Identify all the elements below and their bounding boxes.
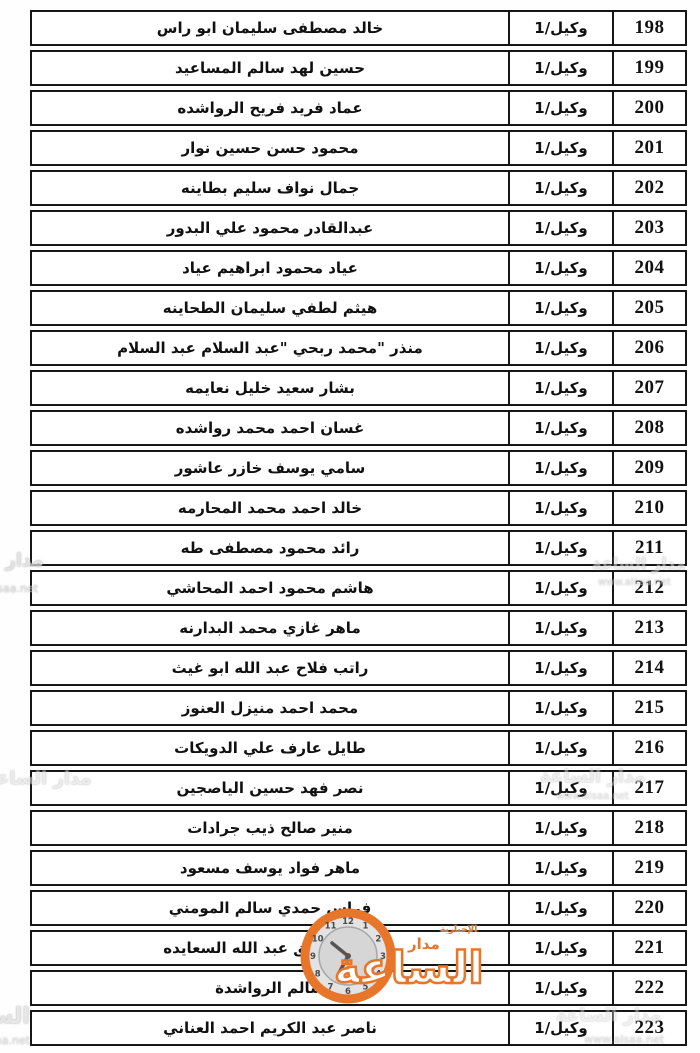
table-row: 216 وكيل/1 طايل عارف علي الدويكات — [30, 730, 687, 766]
name-cell: نصر فهد حسين الياصجين — [32, 772, 508, 804]
row-number-cell: 206 — [612, 332, 685, 364]
name-cell: عماد فريد فريح الرواشده — [32, 92, 508, 124]
name-cell: فراس حمدي سالم المومني — [32, 892, 508, 924]
row-number-cell: 208 — [612, 412, 685, 444]
name-cell: سالم الرواشدة — [32, 972, 508, 1004]
rank-cell: وكيل/1 — [508, 132, 612, 164]
name-cell: احمد مطلق عبد الله السعايده — [32, 932, 508, 964]
name-cell: ماهر غازي محمد البدارنه — [32, 612, 508, 644]
edge-watermark-text: الساعة — [0, 1004, 30, 1029]
name-cell: رائد محمود مصطفى طه — [32, 532, 508, 564]
table-row: 203 وكيل/1 عبدالقادر محمود علي البدور — [30, 210, 687, 246]
row-number-cell: 211 — [612, 532, 685, 564]
rank-cell: وكيل/1 — [508, 492, 612, 524]
rank-cell: وكيل/1 — [508, 892, 612, 924]
row-number-cell: 203 — [612, 212, 685, 244]
row-number-cell: 219 — [612, 852, 685, 884]
rank-cell: وكيل/1 — [508, 732, 612, 764]
row-number-cell: 199 — [612, 52, 685, 84]
rank-cell: وكيل/1 — [508, 252, 612, 284]
rank-cell: وكيل/1 — [508, 92, 612, 124]
name-cell: عبدالقادر محمود علي البدور — [32, 212, 508, 244]
rank-cell: وكيل/1 — [508, 852, 612, 884]
name-cell: خالد احمد محمد المحارمه — [32, 492, 508, 524]
name-cell: غسان احمد محمد رواشده — [32, 412, 508, 444]
rank-cell: وكيل/1 — [508, 12, 612, 44]
table-row: 223 وكيل/1 ناصر عبد الكريم احمد العناني — [30, 1010, 687, 1046]
table-row: 207 وكيل/1 بشار سعيد خليل نعايمه — [30, 370, 687, 406]
rank-cell: وكيل/1 — [508, 572, 612, 604]
name-cell: سامي يوسف خازر عاشور — [32, 452, 508, 484]
table-row: 220 وكيل/1 فراس حمدي سالم المومني — [30, 890, 687, 926]
table-row: 214 وكيل/1 راتب فلاح عبد الله ابو غيث — [30, 650, 687, 686]
table-row: 204 وكيل/1 عياد محمود ابراهيم عياد — [30, 250, 687, 286]
table-row: 208 وكيل/1 غسان احمد محمد رواشده — [30, 410, 687, 446]
rank-cell: وكيل/1 — [508, 692, 612, 724]
row-number-cell: 221 — [612, 932, 685, 964]
table-row: 217 وكيل/1 نصر فهد حسين الياصجين — [30, 770, 687, 806]
table-row: 221 وكيل/1 احمد مطلق عبد الله السعايده — [30, 930, 687, 966]
rank-cell: وكيل/1 — [508, 612, 612, 644]
row-number-cell: 207 — [612, 372, 685, 404]
rank-cell: وكيل/1 — [508, 932, 612, 964]
table-row: 213 وكيل/1 ماهر غازي محمد البدارنه — [30, 610, 687, 646]
row-number-cell: 218 — [612, 812, 685, 844]
row-number-cell: 210 — [612, 492, 685, 524]
rank-cell: وكيل/1 — [508, 812, 612, 844]
row-number-cell: 215 — [612, 692, 685, 724]
rank-cell: وكيل/1 — [508, 452, 612, 484]
row-number-cell: 202 — [612, 172, 685, 204]
name-cell: محمد احمد منيزل العنوز — [32, 692, 508, 724]
name-cell: راتب فلاح عبد الله ابو غيث — [32, 652, 508, 684]
row-number-cell: 212 — [612, 572, 685, 604]
name-cell: ناصر عبد الكريم احمد العناني — [32, 1012, 508, 1044]
name-cell: منذر "محمد ربحي "عبد السلام عبد السلام — [32, 332, 508, 364]
row-number-cell: 209 — [612, 452, 685, 484]
rank-cell: وكيل/1 — [508, 372, 612, 404]
name-cell: خالد مصطفى سليمان ابو راس — [32, 12, 508, 44]
name-cell: هاشم محمود احمد المحاشي — [32, 572, 508, 604]
table-row: 199 وكيل/1 حسين لهد سالم المساعيد — [30, 50, 687, 86]
name-cell: منير صالح ذيب جرادات — [32, 812, 508, 844]
rank-cell: وكيل/1 — [508, 52, 612, 84]
table-row: 222 وكيل/1 سالم الرواشدة — [30, 970, 687, 1006]
name-cell: محمود حسن حسين نوار — [32, 132, 508, 164]
table-row: 212 وكيل/1 هاشم محمود احمد المحاشي — [30, 570, 687, 606]
rank-cell: وكيل/1 — [508, 332, 612, 364]
row-number-cell: 214 — [612, 652, 685, 684]
rank-cell: وكيل/1 — [508, 1012, 612, 1044]
edge-watermark-url: www.alsaa.net — [0, 1034, 30, 1047]
row-number-cell: 220 — [612, 892, 685, 924]
row-number-cell: 201 — [612, 132, 685, 164]
table-row: 205 وكيل/1 هيثم لطفي سليمان الطحاينه — [30, 290, 687, 326]
row-number-cell: 217 — [612, 772, 685, 804]
rank-cell: وكيل/1 — [508, 652, 612, 684]
rank-cell: وكيل/1 — [508, 212, 612, 244]
rank-cell: وكيل/1 — [508, 972, 612, 1004]
name-cell: ماهر فواد يوسف مسعود — [32, 852, 508, 884]
table-row: 206 وكيل/1 منذر "محمد ربحي "عبد السلام ع… — [30, 330, 687, 366]
row-number-cell: 223 — [612, 1012, 685, 1044]
table-row: 218 وكيل/1 منير صالح ذيب جرادات — [30, 810, 687, 846]
table-row: 200 وكيل/1 عماد فريد فريح الرواشده — [30, 90, 687, 126]
table-row: 210 وكيل/1 خالد احمد محمد المحارمه — [30, 490, 687, 526]
name-cell: هيثم لطفي سليمان الطحاينه — [32, 292, 508, 324]
row-number-cell: 200 — [612, 92, 685, 124]
rank-cell: وكيل/1 — [508, 292, 612, 324]
rank-cell: وكيل/1 — [508, 172, 612, 204]
rank-cell: وكيل/1 — [508, 772, 612, 804]
name-cell: طايل عارف علي الدويكات — [32, 732, 508, 764]
row-number-cell: 205 — [612, 292, 685, 324]
table-row: 201 وكيل/1 محمود حسن حسين نوار — [30, 130, 687, 166]
name-cell: جمال نواف سليم بطاينه — [32, 172, 508, 204]
staff-rank-table: 198 وكيل/1 خالد مصطفى سليمان ابو راس 199… — [30, 10, 687, 1046]
name-cell: عياد محمود ابراهيم عياد — [32, 252, 508, 284]
row-number-cell: 213 — [612, 612, 685, 644]
name-cell: بشار سعيد خليل نعايمه — [32, 372, 508, 404]
table-row: 215 وكيل/1 محمد احمد منيزل العنوز — [30, 690, 687, 726]
row-number-cell: 198 — [612, 12, 685, 44]
name-cell: حسين لهد سالم المساعيد — [32, 52, 508, 84]
rank-cell: وكيل/1 — [508, 532, 612, 564]
row-number-cell: 222 — [612, 972, 685, 1004]
table-row: 209 وكيل/1 سامي يوسف خازر عاشور — [30, 450, 687, 486]
rank-cell: وكيل/1 — [508, 412, 612, 444]
table-row: 211 وكيل/1 رائد محمود مصطفى طه — [30, 530, 687, 566]
table-row: 198 وكيل/1 خالد مصطفى سليمان ابو راس — [30, 10, 687, 46]
table-row: 219 وكيل/1 ماهر فواد يوسف مسعود — [30, 850, 687, 886]
row-number-cell: 204 — [612, 252, 685, 284]
row-number-cell: 216 — [612, 732, 685, 764]
table-row: 202 وكيل/1 جمال نواف سليم بطاينه — [30, 170, 687, 206]
